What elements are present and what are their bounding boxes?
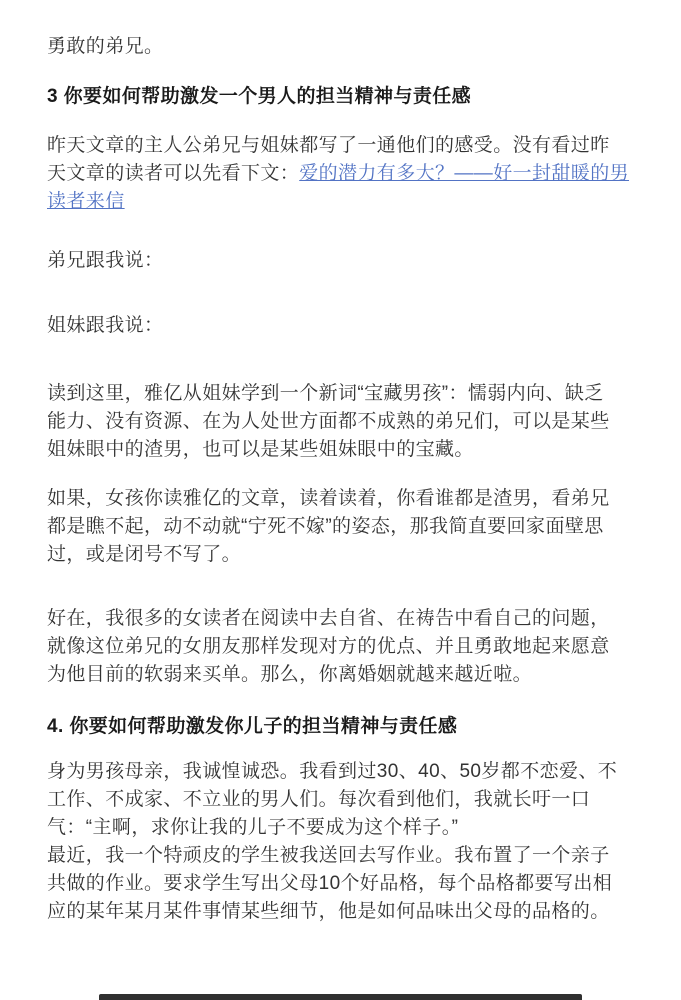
section-heading-3: 3 你要如何帮助激发一个男人的担当精神与责任感 — [47, 83, 635, 111]
article-content: 勇敢的弟兄。 3 你要如何帮助激发一个男人的担当精神与责任感 昨天文章的主人公弟… — [0, 0, 681, 926]
paragraph-brother-said: 弟兄跟我说： — [47, 247, 635, 275]
paragraph-treasure-boy: 读到这里，雅亿从姐妹学到一个新词“宝藏男孩”：懦弱内向、缺乏 能力、没有资源、在… — [47, 380, 635, 464]
paragraph-if-reading: 如果，女孩你读雅亿的文章，读着读着，你看谁都是渣男，看弟兄 都是瞧不起，动不动就… — [47, 485, 635, 569]
paragraph-intro-fragment: 勇敢的弟兄。 — [47, 33, 635, 61]
paragraph-mother-of-boy: 身为男孩母亲，我诚惶诚恐。我看到过30、40、50岁都不恋爱、不 工作、不成家、… — [47, 758, 635, 926]
paragraph-yesterday: 昨天文章的主人公弟兄与姐妹都写了一通他们的感受。没有看过昨 天文章的读者可以先看… — [47, 132, 635, 216]
paragraph-fortunately: 好在，我很多的女读者在阅读中去自省、在祷告中看自己的问题， 就像这位弟兄的女朋友… — [47, 605, 635, 689]
section-heading-4: 4. 你要如何帮助激发你儿子的担当精神与责任感 — [47, 713, 635, 741]
paragraph-sister-said: 姐妹跟我说： — [47, 312, 635, 340]
bottom-partial-bar — [99, 994, 582, 1000]
article-page: 勇敢的弟兄。 3 你要如何帮助激发一个男人的担当精神与责任感 昨天文章的主人公弟… — [0, 0, 681, 1000]
